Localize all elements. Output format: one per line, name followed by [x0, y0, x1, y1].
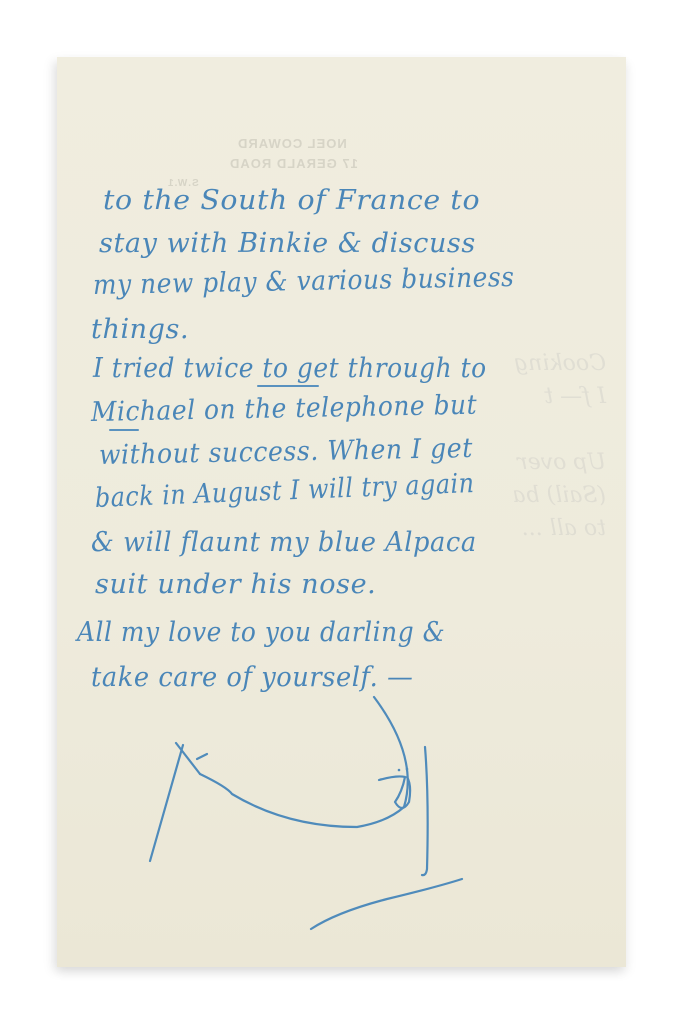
- signature-flourish: [57, 57, 626, 967]
- letter-sheet: NOEL COWARD 17 GERALD ROAD S.W.1 Cooking…: [57, 57, 626, 967]
